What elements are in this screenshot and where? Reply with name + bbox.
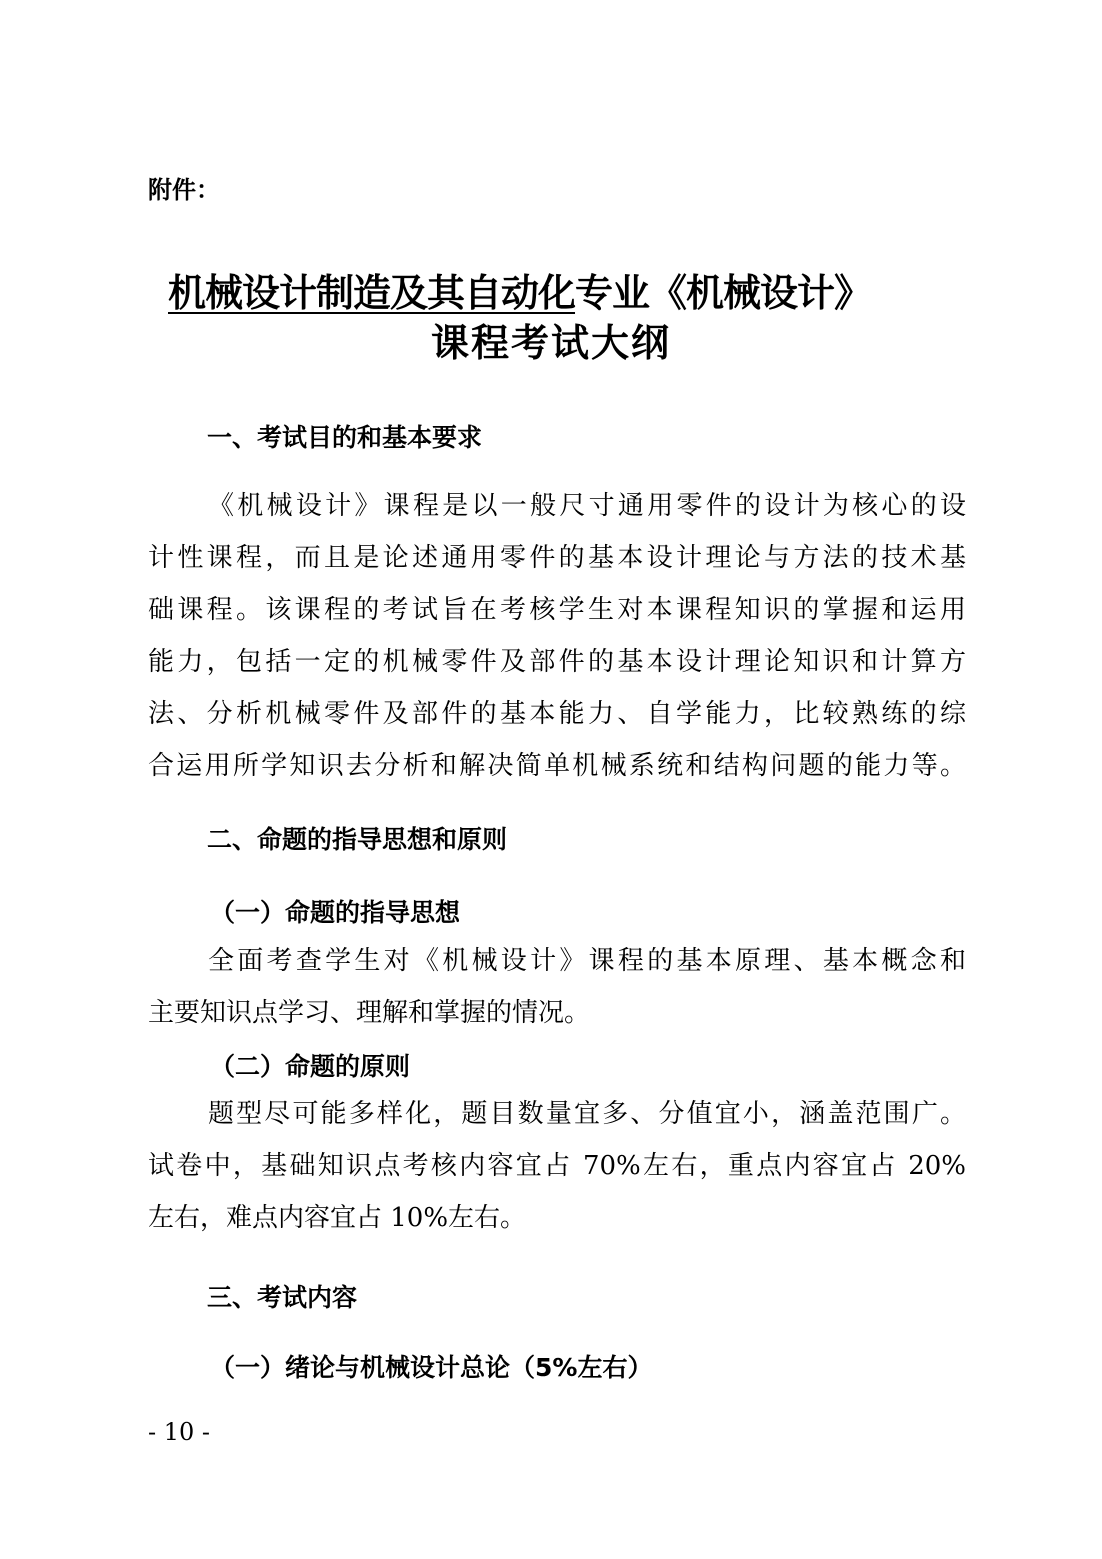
paragraph-line: 础课程。该课程的考试旨在考核学生对本课程知识的掌握和运用: [148, 584, 966, 636]
section-heading-1: 一、考试目的和基本要求: [207, 418, 482, 454]
section-heading-2: 二、命题的指导思想和原则: [207, 820, 507, 856]
document-title-line1: 机械设计制造及其自动化专业《机械设计》: [168, 262, 871, 317]
paragraph-line: 法、分析机械零件及部件的基本能力、自学能力，比较熟练的综: [148, 688, 966, 740]
paragraph-line: 《机械设计》课程是以一般尺寸通用零件的设计为核心的设: [148, 480, 966, 532]
attachment-label: 附件：: [148, 170, 220, 205]
title-underlined-part: 机械设计制造及其自动化: [168, 271, 575, 315]
paragraph-line: 全面考查学生对《机械设计》课程的基本原理、基本概念和: [148, 935, 966, 987]
section-heading-3: 三、考试内容: [207, 1278, 357, 1314]
section-1-paragraph: 《机械设计》课程是以一般尺寸通用零件的设计为核心的设 计性课程，而且是论述通用零…: [148, 480, 966, 792]
paragraph-line: 合运用所学知识去分析和解决简单机械系统和结构问题的能力等。: [148, 740, 966, 792]
page-number: - 10 -: [148, 1418, 210, 1446]
subsection-2-1-paragraph: 全面考查学生对《机械设计》课程的基本原理、基本概念和 主要知识点学习、理解和掌握…: [148, 935, 966, 1039]
subsection-2-2-paragraph: 题型尽可能多样化，题目数量宜多、分值宜小，涵盖范围广。 试卷中，基础知识点考核内…: [148, 1088, 966, 1244]
subsection-heading-2-1: （一）命题的指导思想: [210, 893, 460, 929]
paragraph-line: 左右，难点内容宜占 10%左右。: [148, 1192, 966, 1244]
paragraph-line: 主要知识点学习、理解和掌握的情况。: [148, 987, 966, 1039]
document-page: 附件： 机械设计制造及其自动化专业《机械设计》 课程考试大纲 一、考试目的和基本…: [0, 0, 1102, 1559]
title-rest-part: 专业《机械设计》: [575, 271, 871, 315]
subsection-heading-3-1: （一）绪论与机械设计总论（5%左右）: [210, 1348, 652, 1384]
paragraph-line: 试卷中，基础知识点考核内容宜占 70%左右，重点内容宜占 20%: [148, 1140, 966, 1192]
paragraph-line: 计性课程，而且是论述通用零件的基本设计理论与方法的技术基: [148, 532, 966, 584]
paragraph-line: 题型尽可能多样化，题目数量宜多、分值宜小，涵盖范围广。: [148, 1088, 966, 1140]
paragraph-line: 能力，包括一定的机械零件及部件的基本设计理论知识和计算方: [148, 636, 966, 688]
document-title-line2: 课程考试大纲: [0, 312, 1102, 367]
subsection-heading-2-2: （二）命题的原则: [210, 1047, 410, 1083]
